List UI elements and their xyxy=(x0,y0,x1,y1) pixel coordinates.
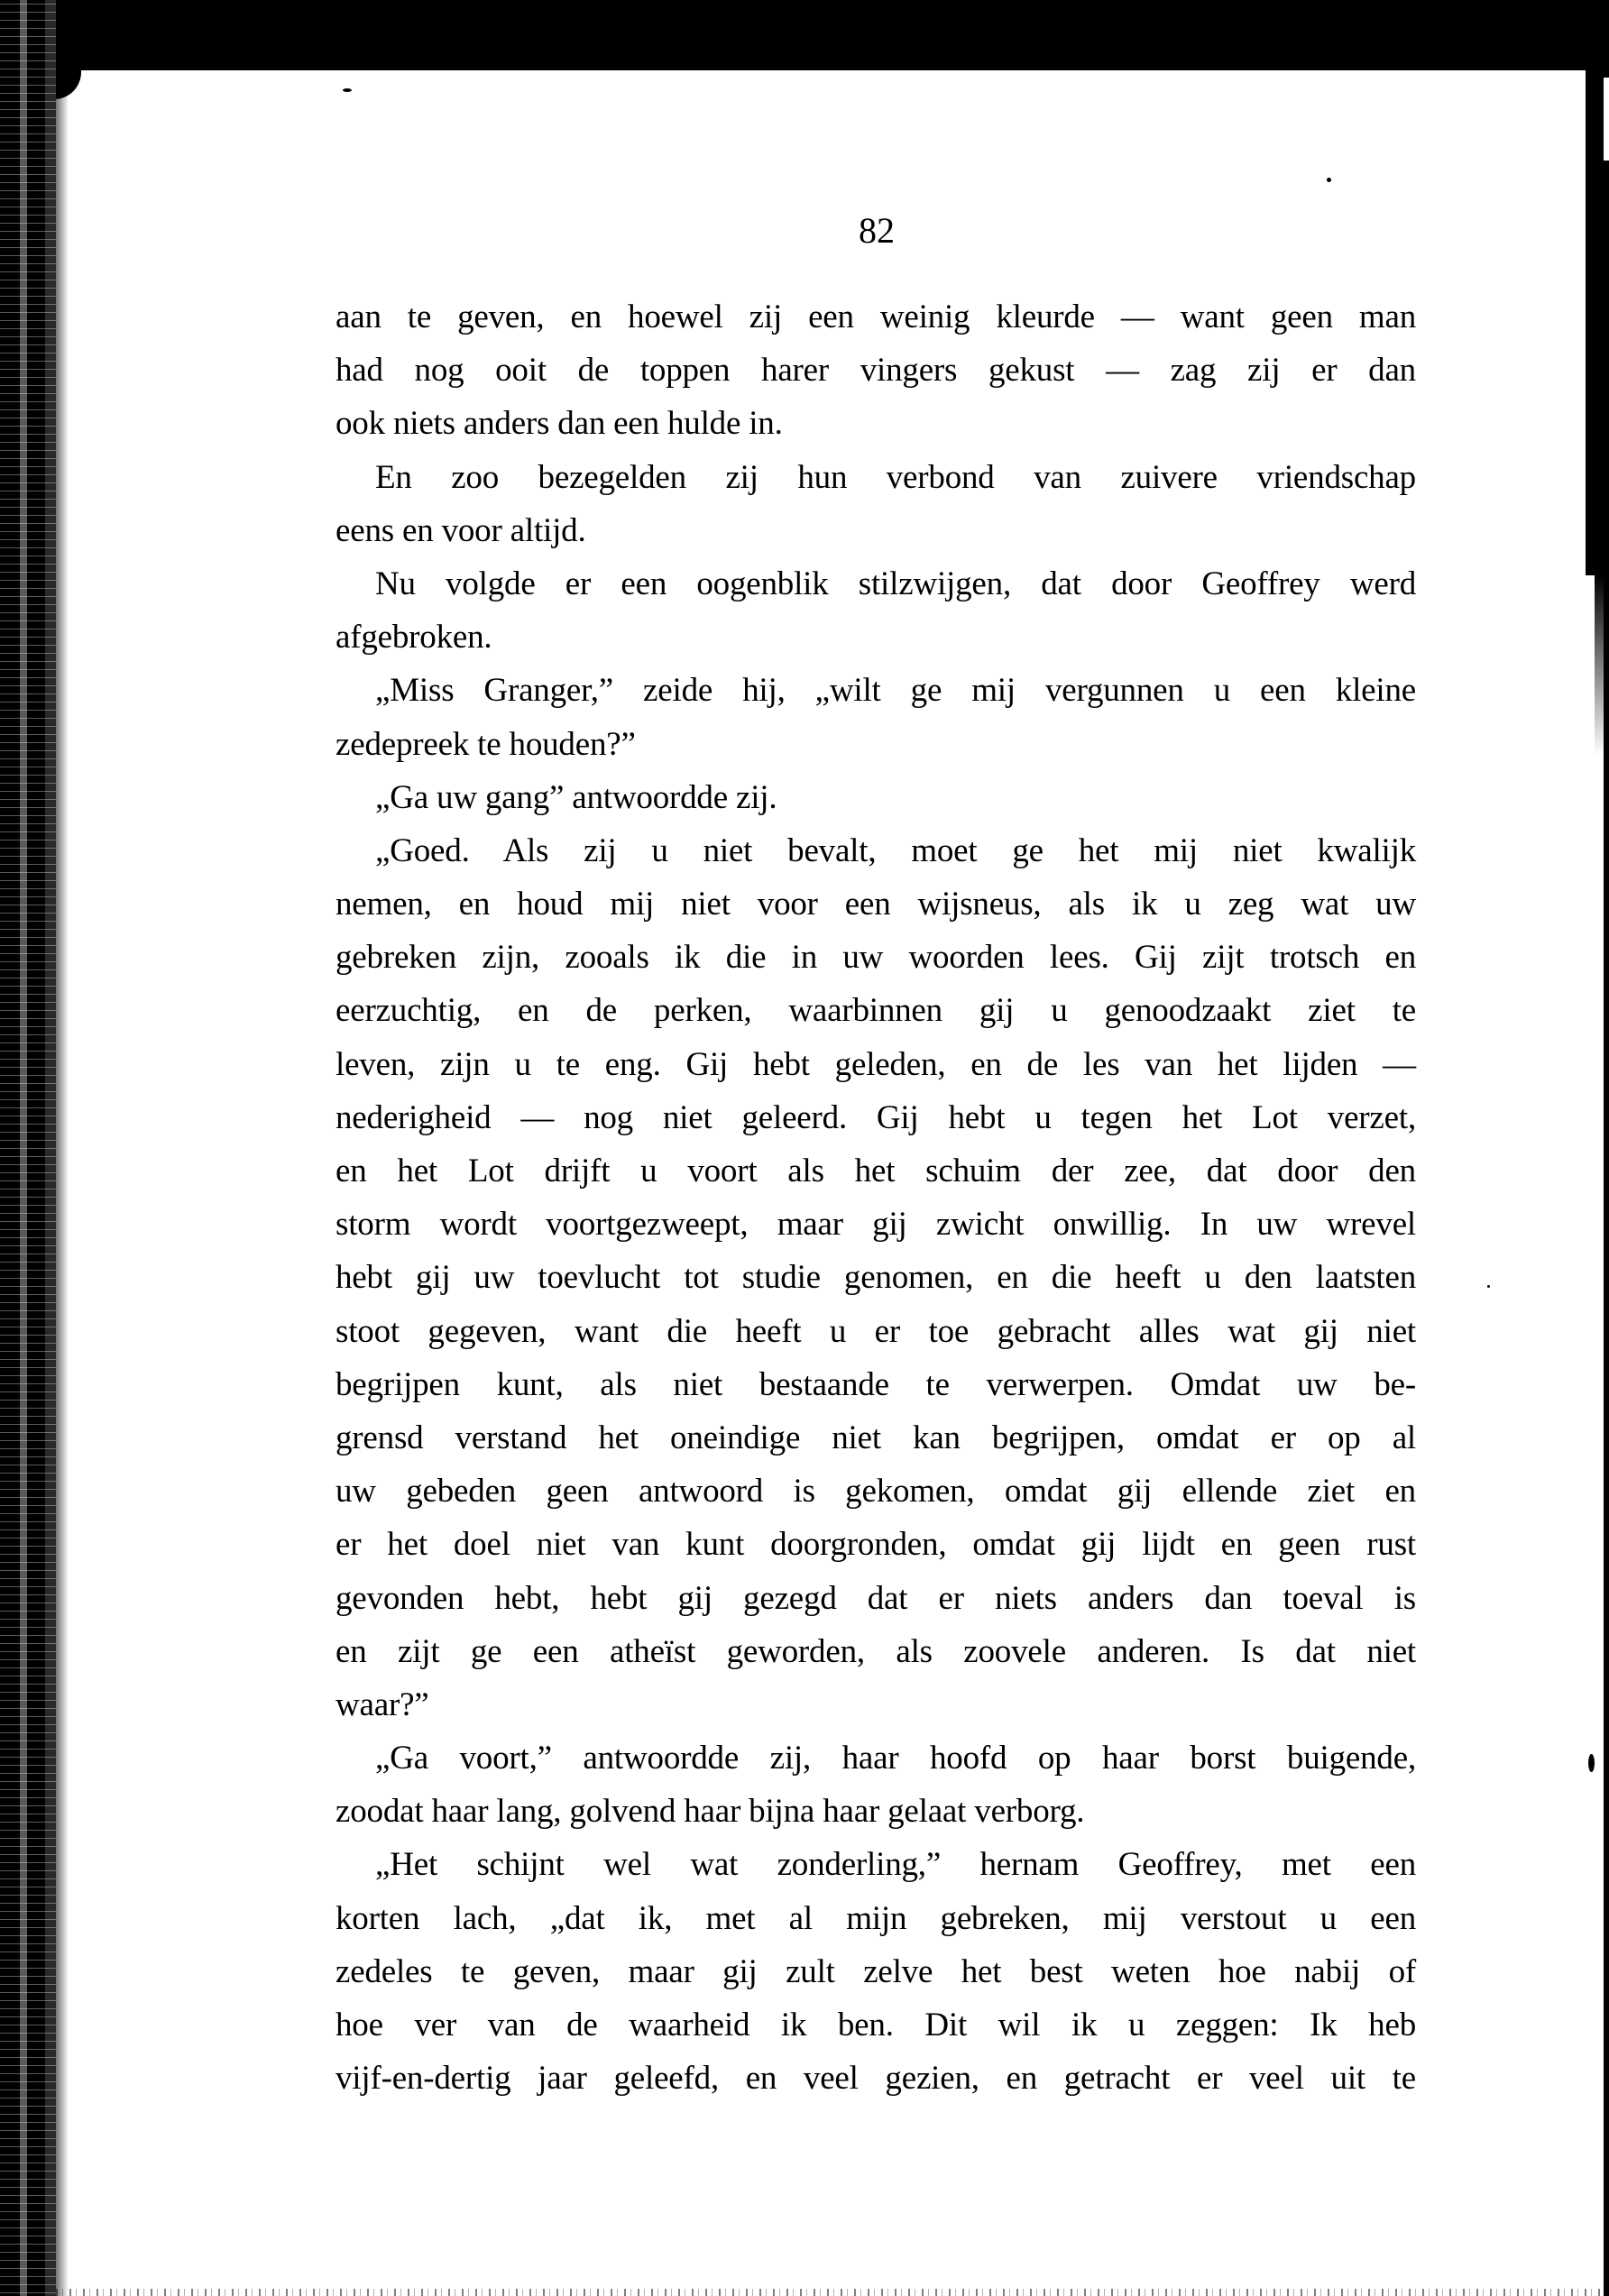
text-line: En zoo bezegelden zij hun verbond van zu… xyxy=(336,451,1416,504)
body-text: aan te geven, en hoewel zij een weinig k… xyxy=(336,290,1416,2105)
text-line: eerzuchtig, en de perken, waarbinnen gij… xyxy=(336,984,1416,1037)
text-line: uw gebeden geen antwoord is gekomen, omd… xyxy=(336,1465,1416,1518)
scan-border-right-edge xyxy=(1604,70,1609,2296)
text-line: grensd verstand het oneindige niet kan b… xyxy=(336,1411,1416,1465)
scan-border-right xyxy=(1586,70,1604,575)
text-line: en zijt ge een atheïst geworden, als zoo… xyxy=(336,1625,1416,1678)
text-line: „Goed. Als zij u niet bevalt, moet ge he… xyxy=(336,824,1416,877)
text-line: en het Lot drijft u voort als het schuim… xyxy=(336,1144,1416,1198)
text-line: „Het schijnt wel wat zonderling,” hernam… xyxy=(336,1838,1416,1891)
text-line: leven, zijn u te eng. Gij hebt geleden, … xyxy=(336,1038,1416,1091)
scan-speck xyxy=(343,88,352,92)
text-line: zedepreek te houden?” xyxy=(336,718,1416,771)
text-line: waar?” xyxy=(336,1678,1416,1731)
text-line: hebt gij uw toevlucht tot studie genomen… xyxy=(336,1251,1416,1304)
scan-border-left xyxy=(0,0,56,2296)
scan-border-left-shadow xyxy=(56,72,69,2296)
text-line: hoe ver van de waarheid ik ben. Dit wil … xyxy=(336,1998,1416,2052)
scan-border-highlight xyxy=(1604,78,1609,161)
text-line: nederigheid — nog niet geleerd. Gij hebt… xyxy=(336,1091,1416,1144)
text-line: er het doel niet van kunt doorgronden, o… xyxy=(336,1518,1416,1571)
page-number: 82 xyxy=(0,209,1609,253)
scan-border-bottom xyxy=(56,2289,1609,2296)
text-line: gebreken zijn, zooals ik die in uw woord… xyxy=(336,931,1416,984)
scan-speck xyxy=(1588,1754,1595,1772)
text-line: eens en voor altijd. xyxy=(336,504,1416,557)
text-line: aan te geven, en hoewel zij een weinig k… xyxy=(336,290,1416,344)
text-line: had nog ooit de toppen harer vingers gek… xyxy=(336,344,1416,397)
text-line: „Miss Granger,” zeide hij, „wilt ge mij … xyxy=(336,664,1416,717)
text-line: Nu volgde er een oogenblik stilzwijgen, … xyxy=(336,557,1416,611)
text-line: zedeles te geven, maar gij zult zelve he… xyxy=(336,1945,1416,1998)
text-line: vijf-en-dertig jaar geleefd, en veel gez… xyxy=(336,2052,1416,2105)
text-line: ook niets anders dan een hulde in. xyxy=(336,397,1416,450)
text-line: begrijpen kunt, als niet bestaande te ve… xyxy=(336,1358,1416,1411)
text-line: gevonden hebt, hebt gij gezegd dat er ni… xyxy=(336,1572,1416,1625)
text-line: storm wordt voortgezweept, maar gij zwic… xyxy=(336,1198,1416,1251)
text-line: „Ga voort,” antwoordde zij, haar hoofd o… xyxy=(336,1731,1416,1785)
scan-border-right-shadow xyxy=(1595,575,1604,756)
text-line: nemen, en houd mij niet voor een wijsneu… xyxy=(336,877,1416,931)
text-line: stoot gegeven, want die heeft u er toe g… xyxy=(336,1305,1416,1358)
text-line: „Ga uw gang” antwoordde zij. xyxy=(336,771,1416,824)
scan-speck xyxy=(1487,1285,1490,1288)
scan-speck xyxy=(1327,178,1331,182)
scan-border-top xyxy=(0,0,1609,70)
text-line: zoodat haar lang, golvend haar bijna haa… xyxy=(336,1785,1416,1838)
text-line: afgebroken. xyxy=(336,611,1416,664)
text-line: korten lach, „dat ik, met al mijn gebrek… xyxy=(336,1892,1416,1945)
